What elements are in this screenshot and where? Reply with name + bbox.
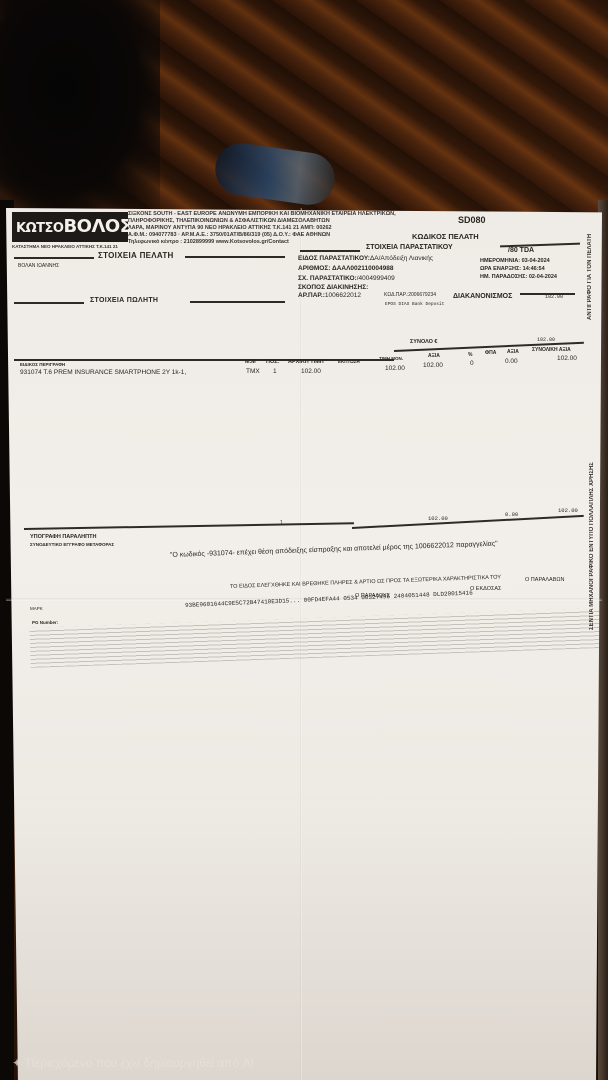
sparkle-icon: ✦ (12, 1056, 22, 1070)
item-vat-value: 0.00 (505, 358, 518, 365)
logo-part2: ΒΟΛΟΣ (63, 216, 131, 237)
fine-print-label: PG Number: (32, 620, 58, 625)
col-vat-value: ΑΞΙΑ (507, 349, 519, 355)
date-field: ΗΜΕΡΟΜΗΝΙΑ: 03-04-2024 (480, 258, 550, 264)
vertical-note: ΣΕΝΤΙΑ ΜΗΧΑΝΟΓΡΑΦΙΚΟ ΕΝΤΥΠΟ ΠΟΛΛΑΠΛΗΣ ΧΡ… (589, 380, 595, 630)
col-unit: Μ.Μ (245, 359, 256, 365)
seller-section-title: ΣΤΟΙΧΕΙΑ ΠΩΛΗΤΗ (90, 297, 158, 304)
item-unit: TMX (246, 368, 260, 375)
register-code: /80 TDA (508, 247, 534, 254)
item-vat-pct: 0 (470, 360, 474, 367)
signature-receiver: Ο ΠΑΡΑΛΑΒΩΝ (525, 577, 564, 583)
table-top-line (14, 359, 394, 361)
time-field: ΩΡΑ ΕΝΑΡΞΗΣ: 14:46:54 (480, 266, 545, 272)
doc-field-order: ΑΡ.ΠΑΡ.:1006622012 (298, 292, 361, 299)
ai-content-label: ✦Περιεχόμενο που έχει δημιουργηθεί από A… (12, 1056, 254, 1070)
copy-label: ΑΝΤΙΓΡΑΦΟ ΓΙΑ ΤΟΝ ΠΕΛΑΤΗ (587, 230, 593, 320)
divider (190, 301, 285, 303)
footer-qty: 1 (280, 520, 283, 526)
item-description: 931074 T.6 PREM INSURANCE SMARTPHONE 2Y … (20, 369, 186, 376)
settlement-method: EPOS DIAS Bank Deposit (385, 302, 444, 307)
doc-field-number: ΑΡΙΘΜΟΣ: ΔΑΑΛ002110004988 (298, 265, 393, 272)
divider (14, 302, 84, 304)
ai-caption-text: Περιεχόμενο που έχει δημιουργηθεί από AI (26, 1056, 254, 1070)
divider (185, 256, 285, 258)
store-code: SD080 (458, 215, 486, 225)
branch-line: ΚΑΤΑΣΤΗΜΑ ΝΕΟ ΗΡΑΚΛΕΙΟ ΑΤΤΙΚΗΣ Τ.Κ.141 2… (12, 243, 118, 250)
settlement-amount: 102.00 (545, 294, 563, 300)
mark-label: ΜΑΡΚ (30, 606, 43, 611)
customer-code-label: ΚΩΔΙΚΟΣ ΠΕΛΑΤΗ (412, 232, 479, 241)
document-section-title: ΣΤΟΙΧΕΙΑ ΠΑΡΑΣΤΑΤΙΚΟΥ (366, 244, 453, 251)
order-code: ΚΩΔ.ΠΑΡ.:2006679234 (384, 292, 436, 298)
item-value: 102.00 (423, 362, 443, 369)
col-qty: ΠΟΣ. (266, 359, 279, 365)
divider (14, 257, 94, 259)
settlement-label: ΔΙΑΚΑΝΟΝΙΣΜΟΣ (453, 293, 512, 300)
col-unit-price: ΤΙΜΗ ΜΟΝ. (379, 356, 403, 361)
col-value: ΑΞΙΑ (428, 353, 440, 359)
doc-field-purpose: ΣΚΟΠΟΣ ΔΙΑΚΙΝΗΣΗΣ: (298, 284, 368, 291)
footer-vat: 0.00 (505, 511, 518, 518)
footer-total: 102.00 (558, 507, 578, 514)
item-qty: 1 (273, 368, 277, 375)
transport-label: ΣΥΝΟΔΕΥΤΙΚΟ ΕΓΓΡΑΦΟ ΜΕΤΑΦΟΡΑΣ (30, 542, 114, 547)
col-total: ΣΥΝΟΛΙΚΗ ΑΞΙΑ (532, 347, 571, 353)
item-unit-price: 102.00 (385, 365, 405, 372)
col-vat-pct: % (468, 352, 472, 358)
item-original-price: 102.00 (301, 368, 321, 375)
signature-issuer: Ο ΕΚΔΟΣΑΣ (470, 586, 501, 592)
col-vat: ΦΠΑ (485, 350, 496, 356)
total-label: ΣΥΝΟΛΟ € (410, 339, 437, 345)
item-total: 102.00 (557, 355, 577, 362)
company-line: Α.Φ.Μ.: 094077783 · ΑΡ.Μ.Α.Ε.: 3750/01ΑΤ… (128, 232, 330, 239)
customer-name: ΒΟΛΑΝ ΙΩΑΝΝΗΣ (18, 263, 59, 269)
store-logo: ΚΩΤΣΟΒΟΛΟΣ (12, 212, 128, 242)
company-line: Τηλεφωνικό κέντρο : 2102899999 www.Kotso… (128, 239, 289, 246)
signature-label: ΥΠΟΓΡΑΦΗ ΠΑΡΑΛΗΠΤΗ (30, 534, 96, 540)
col-discount: ΕΚΠΤΩΣΗ (338, 359, 360, 364)
divider (300, 250, 360, 252)
shadow (0, 0, 160, 220)
customer-section-title: ΣΤΟΙΧΕΙΑ ΠΕΛΑΤΗ (98, 251, 174, 260)
doc-field-ref: ΣΧ. ΠΑΡΑΣΤΑΤΙΚΟ:/4004999409 (298, 275, 395, 282)
company-line: ΣΙΞΚΟΝΣ SOUTH - EAST EUROPE ΑΝΩΝΥΜΗ ΕΜΠΟ… (128, 211, 396, 218)
delivery-date-field: ΗΜ. ΠΑΡΑΔΟΣΗΣ: 02-04-2024 (480, 274, 557, 280)
doc-field-type: ΕΙΔΟΣ ΠΑΡΑΣΤΑΤΙΚΟΥ:ΔΑ/Απόδειξη Λιανικής (298, 255, 433, 262)
footer-value: 102.00 (428, 515, 448, 522)
company-line: ΛΑΡΑ, ΜΑΡΙΝΟΥ ΑΝΤΥΠΑ 90 ΝΕΟ ΗΡΑΚΛΕΙΟ ΑΤΤ… (128, 225, 332, 232)
col-original-price: ΑΡΧΙΚΗ ΤΙΜΗ (288, 359, 324, 365)
col-description: ΕΙΔΙΚΟΣ ΠΕΡΙΓΡΑΦΗ (20, 362, 65, 367)
logo-part1: ΚΩΤΣΟ (16, 221, 63, 236)
company-line: ΠΛΗΡΟΦΟΡΙΚΗΣ, ΤΗΛΕΠΙΚΟΙΝΩΝΙΩΝ & ΑΣΦΑΛΙΣΤ… (128, 218, 330, 225)
